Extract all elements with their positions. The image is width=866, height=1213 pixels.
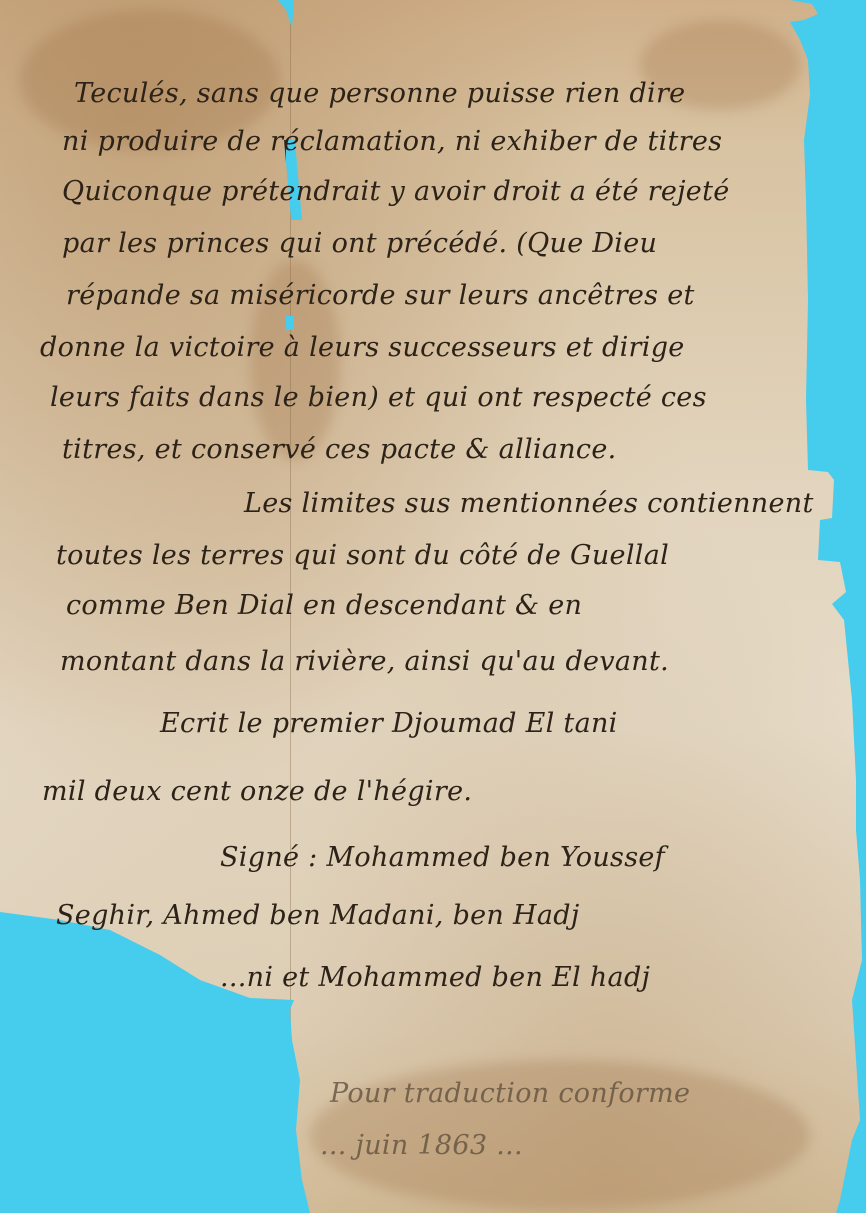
certification-line: Pour traduction conforme xyxy=(330,1078,690,1109)
text-line: ni produire de réclamation, ni exhiber d… xyxy=(62,126,722,157)
manuscript-text: Teculés, sans que personne puisse rien d… xyxy=(0,0,866,1213)
text-line: Les limites sus mentionnées contiennent xyxy=(244,488,814,519)
text-line: Ecrit le premier Djoumad El tani xyxy=(160,708,618,739)
text-line: mil deux cent onze de l'hégire. xyxy=(42,776,472,807)
text-line: toutes les terres qui sont du côté de Gu… xyxy=(56,540,669,571)
text-line: donne la victoire à leurs successeurs et… xyxy=(40,332,685,363)
text-line: leurs faits dans le bien) et qui ont res… xyxy=(50,382,707,413)
text-line: Seghir, Ahmed ben Madani, ben Hadj xyxy=(56,900,580,931)
text-line: comme Ben Dial en descendant & en xyxy=(66,590,582,621)
text-line: titres, et conservé ces pacte & alliance… xyxy=(62,434,617,465)
text-line: Quiconque prétendrait y avoir droit a ét… xyxy=(62,176,730,207)
certification-date-line: ... juin 1863 ... xyxy=(320,1130,523,1161)
text-line: Teculés, sans que personne puisse rien d… xyxy=(74,78,685,109)
text-line: par les princes qui ont précédé. (Que Di… xyxy=(62,228,657,259)
text-line: Signé : Mohammed ben Youssef xyxy=(220,842,665,873)
text-line: montant dans la rivière, ainsi qu'au dev… xyxy=(60,646,669,677)
text-line: ...ni et Mohammed ben El hadj xyxy=(220,962,650,993)
text-line: répande sa miséricorde sur leurs ancêtre… xyxy=(66,280,695,311)
